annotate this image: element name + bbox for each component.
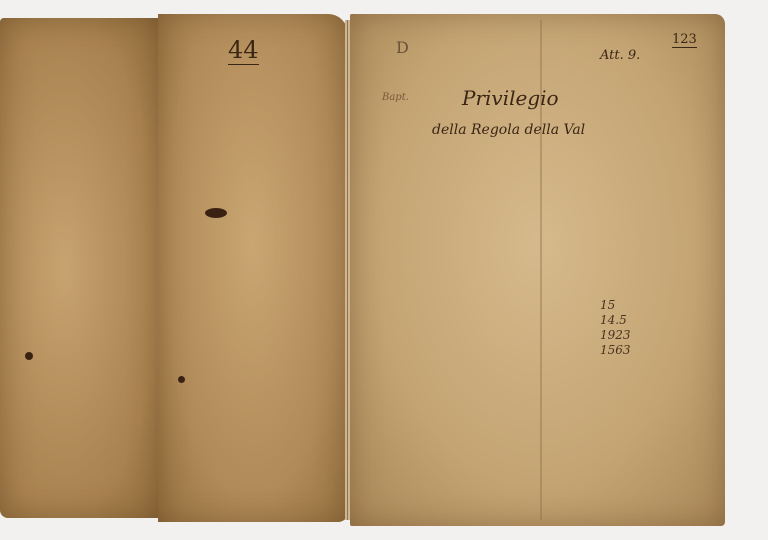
cover-number: 44 xyxy=(228,36,259,65)
archive-reference: Att. 9. xyxy=(600,48,640,63)
date-annotations: 15 14.5 1923 1563 xyxy=(600,298,631,358)
shelf-number: 123 xyxy=(672,32,697,48)
manuscript-subtitle: della Regola della Val xyxy=(432,122,585,138)
ink-stain xyxy=(25,352,33,360)
ink-stain xyxy=(178,376,185,383)
margin-note: Bapt. xyxy=(382,92,409,103)
back-cover-right-panel xyxy=(158,14,348,522)
manuscript-title: Privilegio xyxy=(462,86,559,110)
back-cover-left-panel xyxy=(0,18,160,518)
ink-stain xyxy=(205,208,227,218)
page-letter: D xyxy=(396,38,409,57)
